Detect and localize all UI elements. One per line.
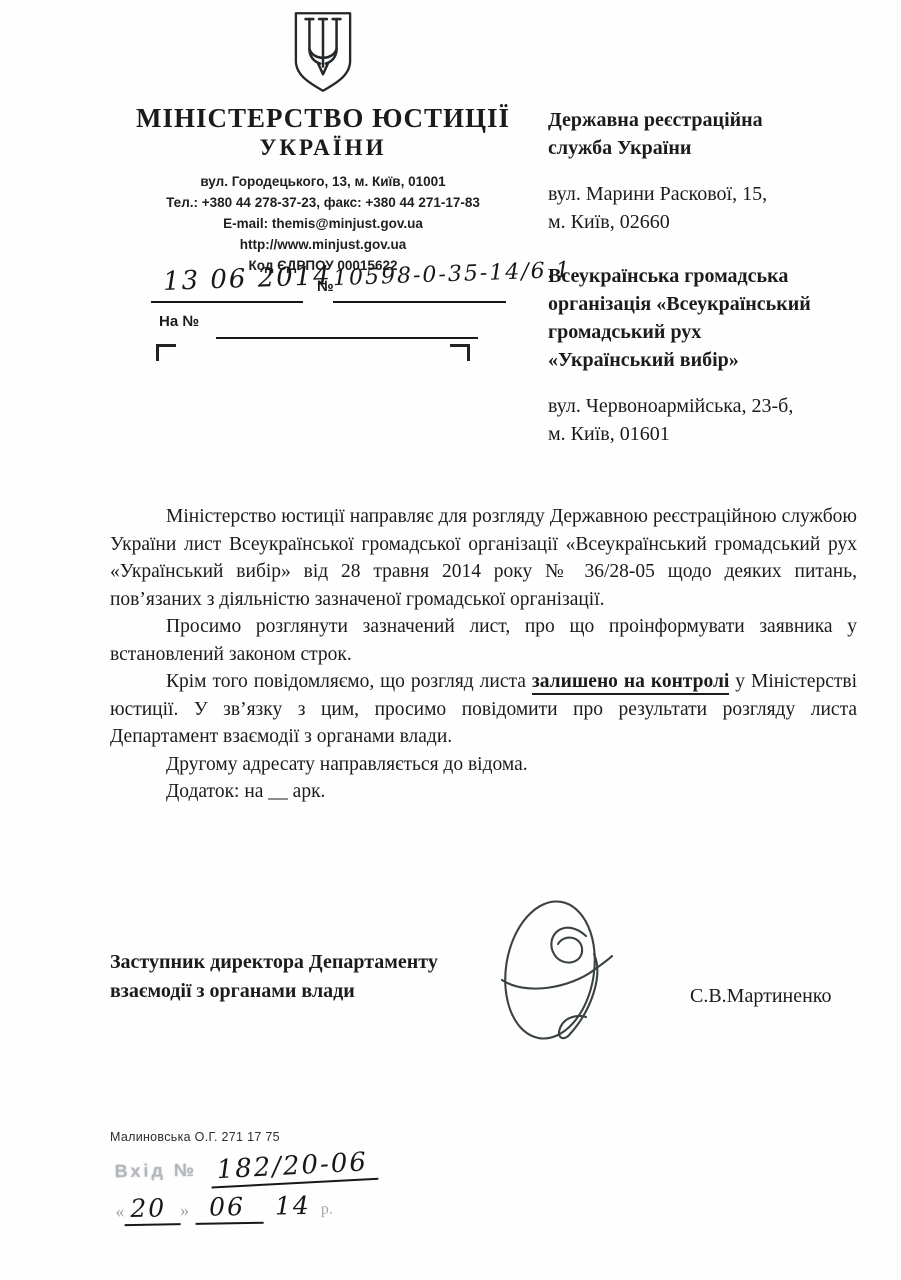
recipient-address: вул. Червоноармійська, 23-б, м. Київ, 01… <box>548 392 878 448</box>
stamp-handwritten-year: 14 <box>275 1191 311 1221</box>
ministry-letterhead: МІНІСТЕРСТВО ЮСТИЦІЇ УКРАЇНИ вул. Городе… <box>98 10 548 276</box>
reply-number-label: На № <box>159 313 199 330</box>
letterhead-website: http://www.minjust.gov.ua <box>98 234 548 255</box>
executor-contact: Малиновська О.Г. 271 17 75 <box>110 1130 280 1144</box>
handwritten-date: 13 06 2014 <box>163 261 333 297</box>
stamp-incoming-label: Вхід № <box>115 1160 198 1182</box>
body-paragraph-4: Другому адресату направляється до відома… <box>110 751 857 779</box>
letterhead-email: E-mail: themis@minjust.gov.ua <box>98 213 548 234</box>
letterhead-phone-fax: Тел.: +380 44 278-37-23, факс: +380 44 2… <box>98 192 548 213</box>
attachment-note: Додаток: на __ арк. <box>110 778 857 806</box>
signatory-name: С.В.Мартиненко <box>690 985 832 1008</box>
stamp-handwritten-month: 06 <box>195 1192 263 1225</box>
ministry-title: МІНІСТЕРСТВО ЮСТИЦІЇ <box>98 103 548 134</box>
signatory-position-title: Заступник директора Департаменту взаємод… <box>110 948 438 1006</box>
incoming-registration-stamp: Вхід № 182/20-06 « 20 » 06 14 р. <box>114 1150 379 1227</box>
handwritten-signature-icon <box>498 892 620 1055</box>
body-paragraph-1: Міністерство юстиції направляє для розгл… <box>110 503 857 613</box>
body-paragraph-3: Крім того повідомляємо, що розгляд листа… <box>110 668 857 751</box>
kept-under-control-emphasis: залишено на контролі <box>532 671 729 695</box>
address-corner-bracket-left <box>156 344 176 361</box>
number-label: № <box>317 278 334 295</box>
stamp-handwritten-number: 182/20-06 <box>210 1147 379 1189</box>
number-underline <box>333 301 506 303</box>
stamp-handwritten-day: 20 <box>124 1193 180 1226</box>
recipients-block: Державна реєстраційна служба України вул… <box>548 106 878 448</box>
date-underline <box>151 301 303 303</box>
stamp-quote-close: » <box>180 1200 189 1221</box>
reply-number-underline <box>216 337 478 339</box>
body-paragraph-2: Просимо розглянути зазначений лист, про … <box>110 613 857 668</box>
stamp-date-row: « 20 » 06 14 р. <box>115 1190 379 1227</box>
recipient-address: вул. Марини Раскової, 15, м. Київ, 02660 <box>548 180 878 236</box>
letterhead-address: вул. Городецького, 13, м. Київ, 01001 <box>98 171 548 192</box>
stamp-number-row: Вхід № 182/20-06 <box>114 1150 378 1188</box>
paragraph-3-text-before: Крім того повідомляємо, що розгляд листа <box>166 671 532 692</box>
ukraine-trident-coat-of-arms-icon <box>292 10 354 99</box>
stamp-year-suffix: р. <box>321 1201 333 1219</box>
letter-body: Міністерство юстиції направляє для розгл… <box>110 503 857 806</box>
recipient-name: Всеукраїнська громадська організація «Вс… <box>548 262 878 374</box>
ministry-subtitle: УКРАЇНИ <box>98 134 548 162</box>
recipient-name: Державна реєстраційна служба України <box>548 106 878 162</box>
address-corner-bracket-right <box>450 344 470 361</box>
scanned-letter-page: МІНІСТЕРСТВО ЮСТИЦІЇ УКРАЇНИ вул. Городе… <box>0 0 901 1280</box>
stamp-quote-open: « <box>115 1201 124 1222</box>
